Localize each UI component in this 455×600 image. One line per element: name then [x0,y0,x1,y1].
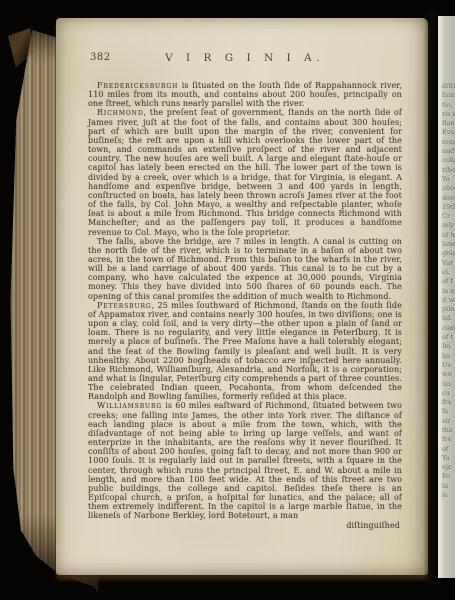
running-title: V I R G I N I A. [88,52,402,64]
gutter-shadow [423,12,438,584]
facing-page-line-fragment: Yo [442,175,455,184]
facing-page-line-fragment: lid. [442,314,455,323]
book-scan: 382 V I R G I N I A. Fredericksburgh is … [0,0,455,600]
facing-page-line-fragment: ahou [442,184,455,193]
facing-page-line-fragment: pilo [442,305,455,314]
paragraph: Fredericksburgh is ſituated on the ſouth… [88,81,402,108]
facing-page-line-fragment: cian [442,324,455,333]
facing-page-line-fragment: colleg [442,156,455,165]
place-name: Williamsburg [97,401,162,410]
facing-page-line-fragment: fa [442,407,455,416]
facing-page-line-fragment: ba [442,352,455,361]
place-name: Richmond [97,108,144,117]
facing-page-line-fragment: Eve [442,128,455,137]
facing-page-line-fragment: Ue [442,361,455,370]
facing-page-line-fragment: ribo [442,166,455,175]
facing-page-line-fragment: of hi [442,231,455,240]
facing-page-line-fragment: fland [442,119,455,128]
facing-page-line-fragment: of t [442,333,455,342]
facing-page-line-fragment: cu [442,389,455,398]
book-page: 382 V I R G I N I A. Fredericksburgh is … [56,18,428,575]
facing-page-line-fragment: gnis [442,249,455,258]
facing-page-line-fragment: diſting [442,82,455,91]
facing-page-line-fragment: eje [442,463,455,472]
facing-page-line-fragment: tha [442,426,455,435]
facing-page-line-fragment: le [442,491,455,500]
paragraph: The falls, above the bridge, are 7 miles… [88,237,402,301]
facing-page-line-fragment: in m [442,287,455,296]
place-name: Fredericksburgh [97,81,178,90]
facing-page-line-fragment: tio, i [442,101,455,110]
paragraph: Richmond, the preſent ſeat of government… [88,108,402,236]
facing-page-line-fragment: famil [442,91,455,100]
facing-page-line-fragment: mly [442,221,455,230]
facing-page-line-fragment: of f [442,277,455,286]
facing-page-line-fragment: sir [442,417,455,426]
facing-page-sliver: diſtingfamiltio, iris deflandEveremland … [438,16,455,578]
facing-page-line-fragment: and v [442,147,455,156]
facing-page-line-fragment: wo [442,370,455,379]
facing-page-line-fragment: 19th [442,203,455,212]
paragraph: Petersburg, 25 miles ſouthward of Richmo… [88,301,402,402]
place-name: Petersburg [97,301,152,310]
facing-page-text: diſtingfamiltio, iris deflandEveremland … [442,82,455,500]
facing-page-line-fragment: of [442,445,455,454]
catchword: diſtinguiſhed [88,521,402,530]
body-text: Fredericksburgh is ſituated on the ſouth… [88,81,402,530]
running-head: 382 V I R G I N I A. [88,52,402,66]
facing-page-line-fragment: reml [442,138,455,147]
facing-page-line-fragment: el. [442,268,455,277]
facing-page-line-fragment: land. [442,240,455,249]
facing-page-line-fragment: tio [442,380,455,389]
facing-page-line-fragment: devol [442,194,455,203]
facing-page-line-fragment: Cr [442,212,455,221]
facing-page-line-fragment: la [442,482,455,491]
facing-page-line-fragment: fra [442,398,455,407]
paragraph: Williamsburg is 60 miles eaſtward of Ric… [88,401,402,520]
facing-page-line-fragment: Yo [442,454,455,463]
facing-page-line-fragment: Im [442,342,455,351]
facing-page-line-fragment: fre [442,435,455,444]
facing-page-line-fragment: Var [442,259,455,268]
facing-page-line-fragment: Fo [442,472,455,481]
facing-page-line-fragment: ris de [442,110,455,119]
facing-page-line-fragment: it wa [442,296,455,305]
